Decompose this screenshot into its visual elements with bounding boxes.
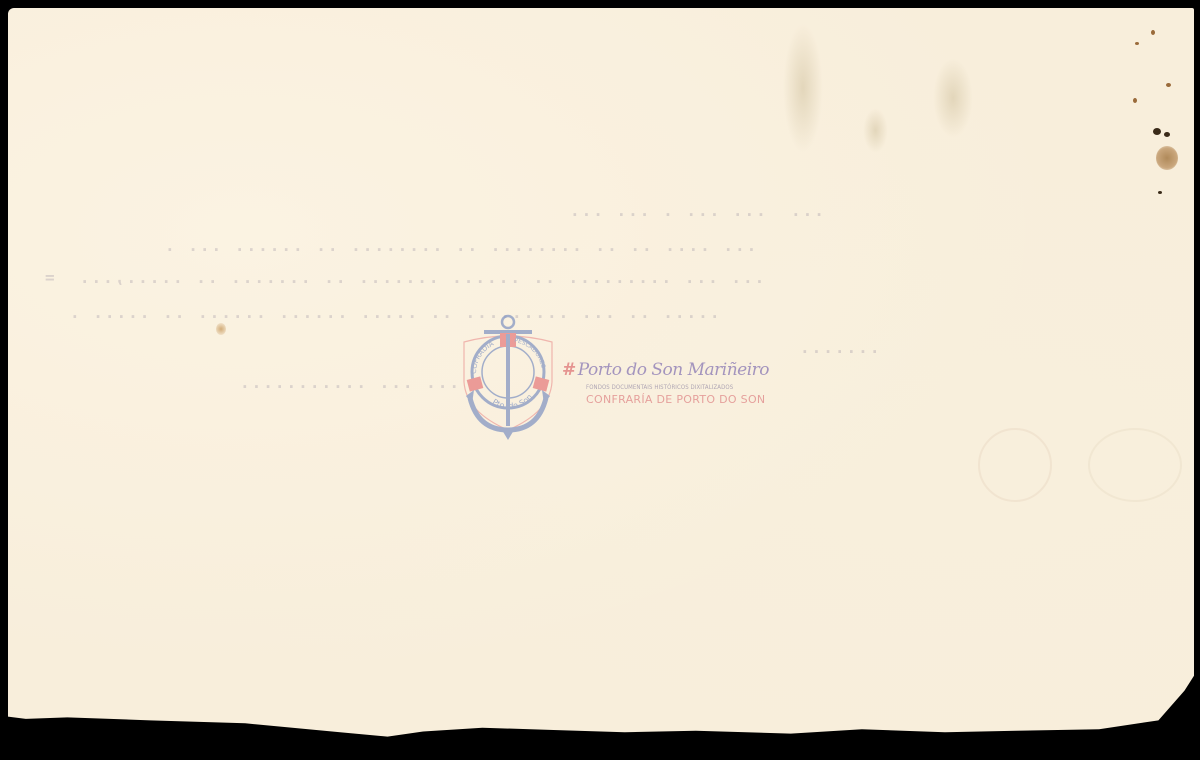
- stain-spot: [1166, 83, 1171, 87]
- bleed-through-text: ... ... ... . ... ...: [568, 201, 824, 220]
- stain-faded-seal: [978, 428, 1052, 502]
- stain-spot: [1153, 128, 1161, 135]
- bleed-through-text: .......: [798, 338, 879, 357]
- bleed-through-text: ... ... ...........: [238, 373, 459, 392]
- stain-spot: [1164, 132, 1170, 137]
- stain-spot: [1158, 191, 1162, 194]
- stain-spot: [1133, 98, 1137, 103]
- bleed-through-text: ... ... ......... .. ...... ....... .. .…: [43, 268, 764, 287]
- watermark-brand: #Porto do Son Mariñeiro: [562, 360, 769, 380]
- bleed-through-text: ... .... .. .. ........ .. ........ .. .…: [163, 236, 756, 255]
- watermark-brand-name: Porto do Son Mariñeiro: [578, 360, 769, 380]
- watermark-subtitle: FONDOS DOCUMENTAIS HISTÓRICOS DIXITALIZA…: [586, 384, 733, 391]
- anchor-lifebuoy-seal-icon: COFRADÍA PESCADORES Pto. do Son: [458, 312, 558, 444]
- stain-spot: [1156, 146, 1178, 170]
- stain-foxing: [933, 58, 973, 138]
- stain-faded-seal: [1088, 428, 1182, 502]
- stain-spot: [216, 323, 226, 335]
- stain-spot: [1151, 30, 1155, 35]
- watermark: COFRADÍA PESCADORES Pto. do Son #Porto d…: [458, 312, 748, 447]
- hashtag-symbol: #: [562, 360, 576, 380]
- stain-foxing: [783, 23, 823, 153]
- watermark-organization: CONFRARÍA DE PORTO DO SON: [586, 393, 765, 406]
- stain-foxing: [863, 108, 888, 153]
- stain-spot: [1135, 42, 1139, 45]
